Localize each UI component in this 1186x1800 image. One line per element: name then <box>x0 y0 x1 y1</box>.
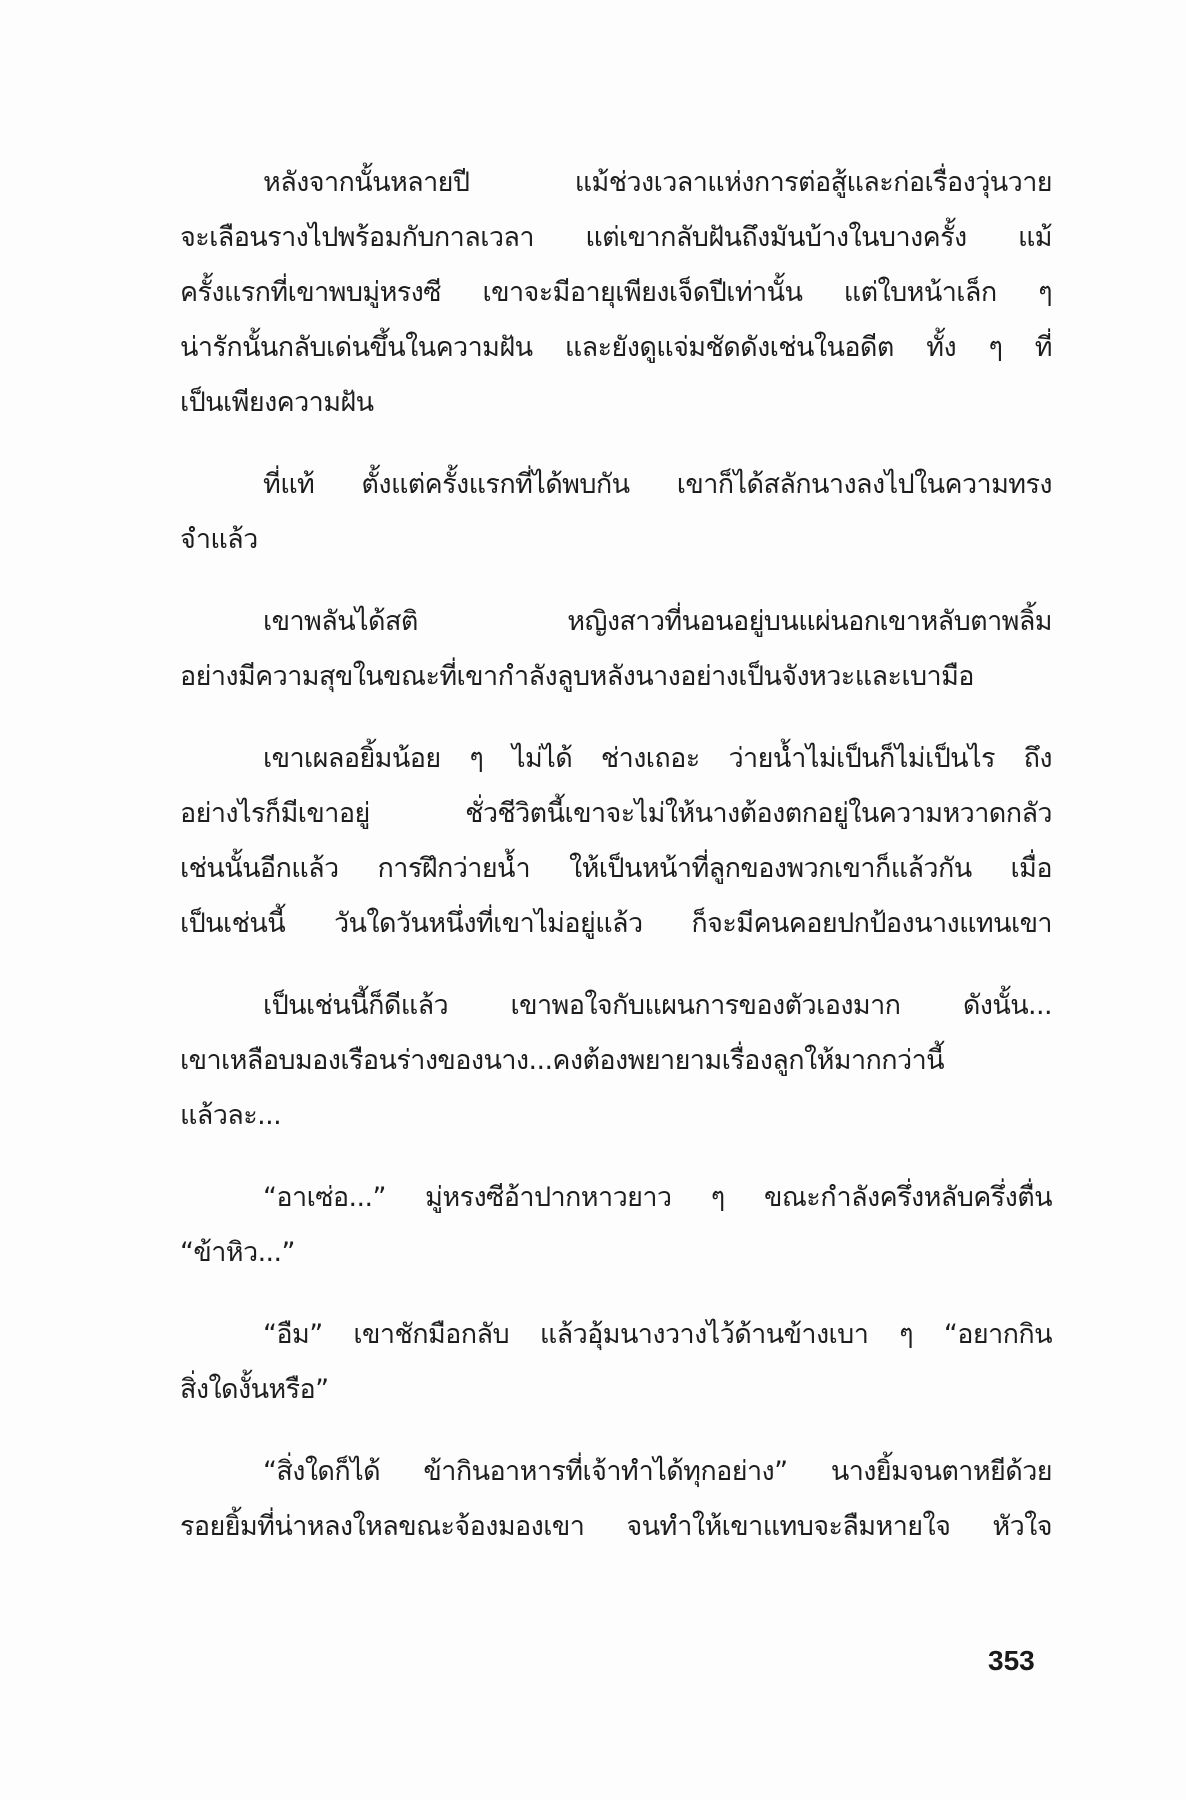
text-line: ที่แท้ ตั้งแต่ครั้งแรกที่ได้พบกัน เขาก็ไ… <box>180 457 1052 512</box>
text-line: หลังจากนั้นหลายปี แม้ช่วงเวลาแห่งการต่อส… <box>180 155 1052 210</box>
text-line: เป็นเพียงความฝัน <box>180 375 1052 430</box>
text-line: แล้วละ... <box>180 1088 1052 1143</box>
text-line: อย่างไรก็มีเขาอยู่ ชั่วชีวิตนี้เขาจะไม่ใ… <box>180 786 1052 841</box>
paragraph-3: เขาพลันได้สติ หญิงสาวที่นอนอยู่บนแผ่นอกเ… <box>180 594 1052 704</box>
text-line: สิ่งใดงั้นหรือ” <box>180 1362 1052 1417</box>
paragraph-2: ที่แท้ ตั้งแต่ครั้งแรกที่ได้พบกัน เขาก็ไ… <box>180 457 1052 567</box>
text-line: น่ารักนั้นกลับเด่นขึ้นในความฝัน และยังดู… <box>180 320 1052 375</box>
text-line: เขาพลันได้สติ หญิงสาวที่นอนอยู่บนแผ่นอกเ… <box>180 594 1052 649</box>
page-number: 353 <box>988 1645 1058 1677</box>
text-line: จะเลือนรางไปพร้อมกับกาลเวลา แต่เขากลับฝั… <box>180 210 1052 265</box>
text-line: ครั้งแรกที่เขาพบมู่หรงซี เขาจะมีอายุเพีย… <box>180 265 1052 320</box>
text-line: อย่างมีความสุขในขณะที่เขากำลังลูบหลังนาง… <box>180 649 1052 704</box>
text-line: เขาเหลือบมองเรือนร่างของนาง...คงต้องพยาย… <box>180 1033 1052 1088</box>
paragraph-8: “สิ่งใดก็ได้ ข้ากินอาหารที่เจ้าทำได้ทุกอ… <box>180 1444 1052 1554</box>
paragraph-6: “อาเซ่อ...” มู่หรงซีอ้าปากหาวยาว ๆ ขณะกำ… <box>180 1170 1052 1280</box>
body-text: หลังจากนั้นหลายปี แม้ช่วงเวลาแห่งการต่อส… <box>180 155 1052 1581</box>
text-line: “ข้าหิว...” <box>180 1225 1052 1280</box>
paragraph-7: “อืม” เขาชักมือกลับ แล้วอุ้มนางวางไว้ด้า… <box>180 1307 1052 1417</box>
text-line: “สิ่งใดก็ได้ ข้ากินอาหารที่เจ้าทำได้ทุกอ… <box>180 1444 1052 1499</box>
text-line: เป็นเช่นนี้ก็ดีแล้ว เขาพอใจกับแผนการของต… <box>180 978 1052 1033</box>
paragraph-5: เป็นเช่นนี้ก็ดีแล้ว เขาพอใจกับแผนการของต… <box>180 978 1052 1143</box>
text-line: จำแล้ว <box>180 512 1052 567</box>
book-page: หลังจากนั้นหลายปี แม้ช่วงเวลาแห่งการต่อส… <box>0 0 1186 1800</box>
text-line: เช่นนั้นอีกแล้ว การฝึกว่ายน้ำ ให้เป็นหน้… <box>180 841 1052 896</box>
text-line: “อาเซ่อ...” มู่หรงซีอ้าปากหาวยาว ๆ ขณะกำ… <box>180 1170 1052 1225</box>
paragraph-4: เขาเผลอยิ้มน้อย ๆ ไม่ได้ ช่างเถอะ ว่ายน้… <box>180 731 1052 951</box>
text-line: “อืม” เขาชักมือกลับ แล้วอุ้มนางวางไว้ด้า… <box>180 1307 1052 1362</box>
text-line: เป็นเช่นนี้ วันใดวันหนึ่งที่เขาไม่อยู่แล… <box>180 896 1052 951</box>
text-line: รอยยิ้มที่น่าหลงใหลขณะจ้องมองเขา จนทำให้… <box>180 1499 1052 1554</box>
text-line: เขาเผลอยิ้มน้อย ๆ ไม่ได้ ช่างเถอะ ว่ายน้… <box>180 731 1052 786</box>
paragraph-1: หลังจากนั้นหลายปี แม้ช่วงเวลาแห่งการต่อส… <box>180 155 1052 430</box>
